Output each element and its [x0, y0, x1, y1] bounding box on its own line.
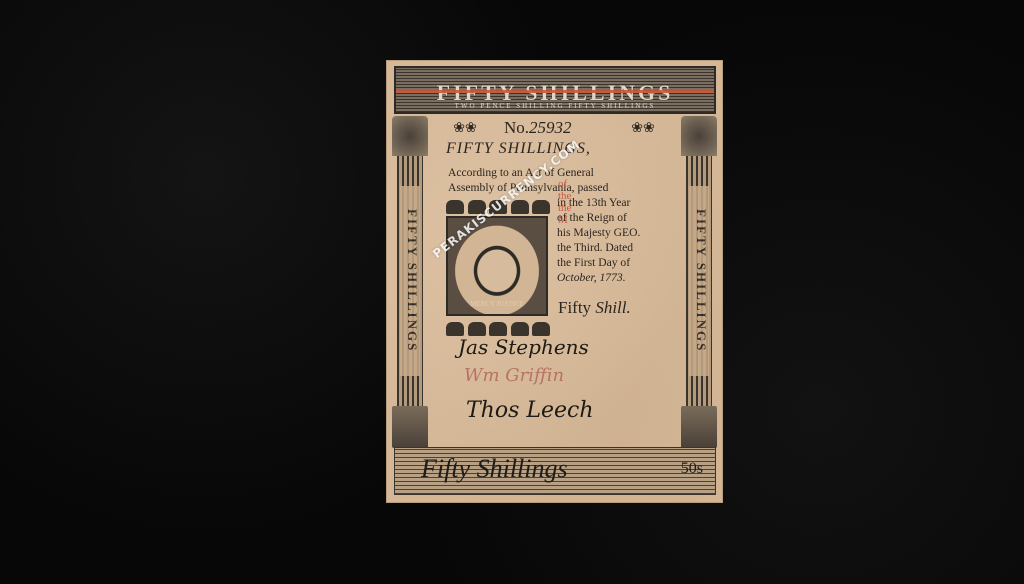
red-ink-stroke: [396, 90, 714, 93]
serial-number: No.25932: [504, 118, 572, 138]
serial-value: 25932: [529, 118, 572, 137]
rosette-ornament-icon: ❀❀: [626, 120, 660, 136]
signature: Thos Leech: [466, 398, 594, 423]
pillar-base: [681, 406, 717, 448]
act-line: in the 13th Year: [557, 195, 675, 210]
crown-icon: [446, 200, 464, 214]
bottom-script: Fifty Shillings: [421, 454, 568, 484]
act-line: the Third. Dated: [557, 240, 675, 255]
value-word: Fifty: [558, 298, 591, 317]
rosette-ornament-icon: ❀❀: [448, 120, 482, 136]
banknote: FIFTY SHILLINGS TWO PENCE SHILLING FIFTY…: [386, 60, 723, 503]
crown-icon: [468, 322, 486, 336]
signature: Jas Stephens: [458, 335, 589, 359]
crowns-row-bottom: [446, 322, 550, 336]
bottom-amount: 50s: [681, 460, 703, 478]
pillar-capital: [392, 116, 428, 156]
left-pillar: FIFTY SHILLINGS: [392, 116, 428, 448]
act-line: October, 1773.: [557, 270, 675, 285]
crown-icon: [511, 322, 529, 336]
pillar-text: FIFTY SHILLINGS: [400, 186, 420, 376]
pillar-capital: [681, 116, 717, 156]
act-line: his Majesty GEO.: [557, 225, 675, 240]
top-banner-subtext: TWO PENCE SHILLING FIFTY SHILLINGS: [402, 102, 708, 110]
pillar-text: FIFTY SHILLINGS: [689, 186, 709, 376]
right-pillar: FIFTY SHILLINGS: [681, 116, 717, 448]
pillar-base: [392, 406, 428, 448]
serial-prefix: No.: [504, 118, 529, 137]
value-line: Fifty Shill.: [558, 298, 631, 318]
crown-icon: [489, 322, 507, 336]
arms-motto: MERCY JUSTICE: [448, 300, 546, 308]
crown-icon: [532, 322, 550, 336]
bottom-band: Fifty Shillings 50s: [394, 447, 716, 495]
value-word: Shill.: [595, 298, 630, 317]
crown-icon: [532, 200, 550, 214]
top-banner: FIFTY SHILLINGS TWO PENCE SHILLING FIFTY…: [394, 66, 716, 114]
signature-red: Wm Griffin: [464, 365, 564, 386]
red-overprint: ofthetheM: [558, 178, 571, 226]
act-line: the First Day of: [557, 255, 675, 270]
crown-icon: [446, 322, 464, 336]
act-line: of the Reign of: [557, 210, 675, 225]
